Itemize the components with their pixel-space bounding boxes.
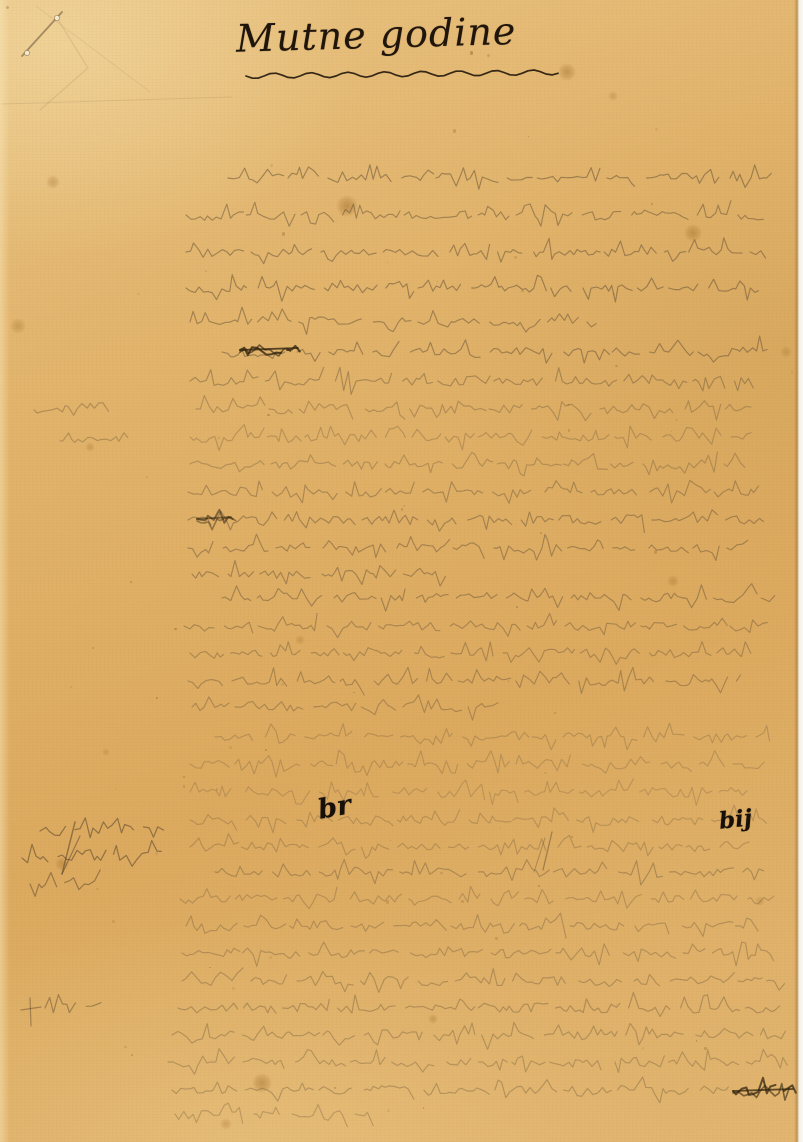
faded-script-line <box>172 1077 728 1103</box>
faded-script-line <box>184 613 767 637</box>
faded-script-line <box>190 367 753 394</box>
faded-script-line <box>190 834 749 859</box>
faded-script-line <box>190 805 766 833</box>
faded-script-line <box>188 667 741 695</box>
faded-script-line <box>188 480 759 503</box>
manuscript-page: Mutne godine br bij <box>0 0 803 1142</box>
margin-note-scribble <box>22 841 161 867</box>
faded-script-line <box>188 510 763 533</box>
pencil-stroke <box>40 18 88 110</box>
margin-note-scribble <box>45 995 101 1013</box>
faded-script-line <box>182 942 774 967</box>
faded-script-line <box>186 913 758 938</box>
faded-script-line <box>215 859 764 885</box>
faded-script-line <box>168 1049 787 1075</box>
faded-script-line <box>175 1103 373 1126</box>
faded-script-line <box>190 642 751 665</box>
pencil-stroke <box>30 998 31 1026</box>
faded-script-line <box>228 165 771 190</box>
pencil-stroke <box>543 832 552 870</box>
pencil-stroke <box>62 836 80 874</box>
faded-script-line <box>192 561 446 587</box>
faded-script-line <box>186 275 758 302</box>
faded-script-line <box>215 723 770 750</box>
faded-script-line <box>190 452 745 476</box>
faded-script-line <box>190 425 751 451</box>
title-wavy-underline <box>246 70 558 78</box>
faded-script-line <box>186 201 763 227</box>
pencil-stroke <box>2 97 232 104</box>
faded-script-line <box>178 992 780 1016</box>
faded-script-line <box>196 396 751 421</box>
ink-annotation-bij: bij <box>718 804 754 834</box>
faded-script-line <box>190 750 764 777</box>
margin-note-scribble <box>40 818 164 838</box>
margin-note-scribble <box>60 433 128 443</box>
faded-script-line <box>222 336 767 363</box>
margin-note-scribble <box>34 403 109 416</box>
faded-script-line <box>190 307 596 334</box>
margin-note-scribble <box>30 870 100 896</box>
pinhole-mark <box>54 15 59 20</box>
faded-script-line <box>222 584 775 611</box>
pinhole-mark <box>24 50 29 55</box>
handwriting-layer <box>0 0 803 1142</box>
faded-script-line <box>190 779 747 806</box>
pencil-stroke <box>36 6 150 92</box>
faded-script-line <box>192 695 498 720</box>
faded-script-line <box>188 534 748 560</box>
ink-annotation-br: br <box>316 789 354 825</box>
faded-script-line <box>172 1022 785 1049</box>
faded-script-line <box>186 238 766 264</box>
faded-script-line <box>180 886 774 908</box>
paper-right-edge <box>794 0 803 1142</box>
faded-script-line <box>182 968 785 993</box>
